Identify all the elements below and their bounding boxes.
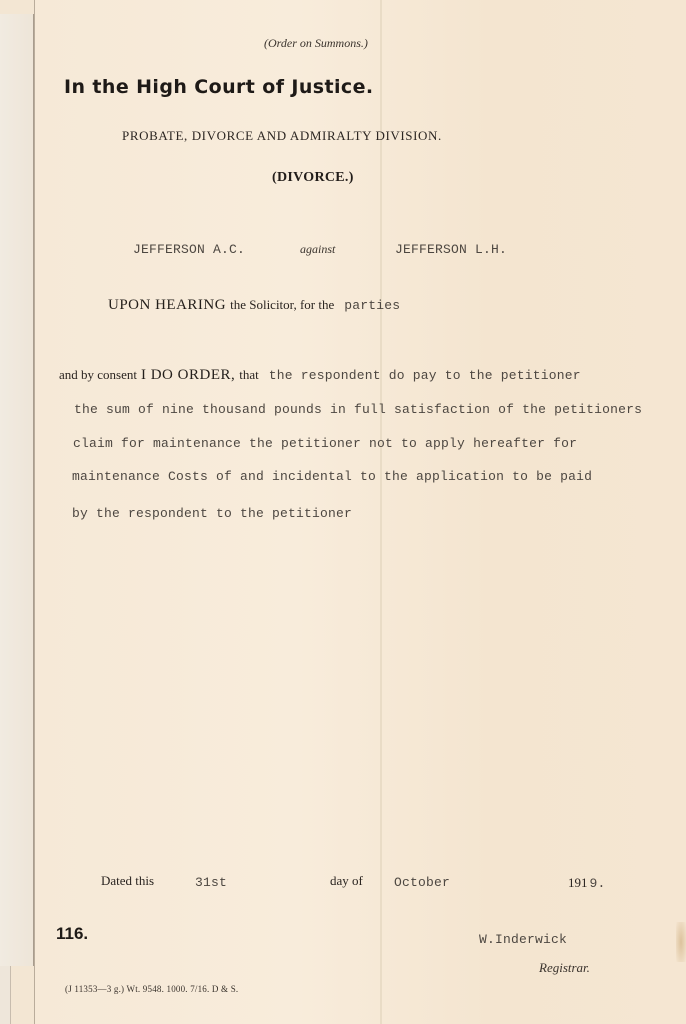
- order-text-line: the sum of nine thousand pounds in full …: [74, 402, 642, 417]
- order-text-line: maintenance Costs of and incidental to t…: [72, 469, 592, 484]
- order-preamble-strong: I DO ORDER,: [141, 367, 235, 383]
- order-text-line: claim for maintenance the petitioner not…: [73, 436, 577, 451]
- attached-paper-strip-lower: [0, 966, 11, 1024]
- hearing-text: the Solicitor, for the: [230, 297, 334, 312]
- day-of-label: day of: [330, 873, 363, 889]
- hearing-parties: parties: [344, 298, 400, 313]
- form-title: (Order on Summons.): [264, 36, 368, 51]
- printer-imprint: (J 11353—3 g.) Wt. 9548. 1000. 7/16. D &…: [65, 984, 238, 994]
- order-text-line: by the respondent to the petitioner: [72, 506, 352, 521]
- dated-year: 1919.: [568, 874, 606, 892]
- dated-month: October: [394, 875, 450, 890]
- dated-day: 31st: [195, 875, 227, 890]
- attached-paper-strip: [0, 14, 34, 966]
- petitioner-name: JEFFERSON A.C.: [133, 242, 245, 257]
- order-line-1: and by consent I DO ORDER, that the resp…: [59, 366, 581, 384]
- division-heading: PROBATE, DIVORCE AND ADMIRALTY DIVISION.: [122, 128, 442, 144]
- court-title: In the High Court of Justice.: [64, 76, 373, 98]
- registrar-signature: W.Inderwick: [479, 932, 567, 947]
- subdivision-heading: (DIVORCE.): [272, 170, 354, 186]
- respondent-name: JEFFERSON L.H.: [395, 242, 507, 257]
- paper-stain: [676, 922, 686, 962]
- page-fold-line: [380, 0, 382, 1024]
- order-preamble: and by consent: [59, 367, 137, 382]
- hearing-line: UPON HEARING the Solicitor, for the part…: [108, 296, 400, 314]
- versus-label: against: [300, 242, 335, 257]
- hearing-prefix: UPON HEARING: [108, 297, 226, 313]
- registrar-title: Registrar.: [539, 960, 590, 976]
- form-number: 116.: [56, 924, 88, 944]
- order-text-line: the respondent do pay to the petitioner: [269, 368, 581, 383]
- year-prefix: 191: [568, 875, 588, 890]
- year-suffix: 9.: [590, 876, 606, 891]
- dated-label: Dated this: [101, 873, 154, 889]
- order-preamble-that: that: [239, 367, 259, 382]
